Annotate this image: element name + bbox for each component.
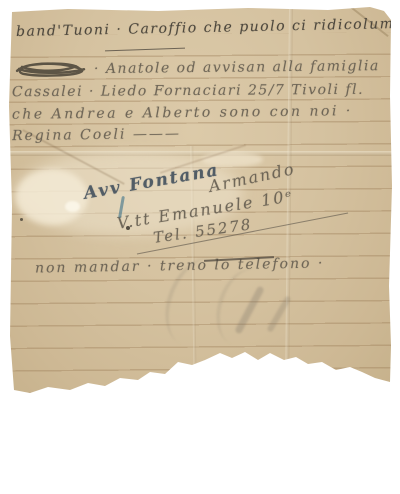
pencil-smudge — [207, 262, 281, 352]
abrasion-patch — [16, 169, 88, 225]
scribbled-out-word — [14, 60, 88, 79]
pencil-smudge — [234, 285, 265, 334]
handwritten-line-1: band'Tuoni · Caroffio che puolo ci ridic… — [16, 16, 395, 40]
handwritten-line-3: Cassalei · Liedo Fornaciari 25/7 Tivoli … — [12, 82, 364, 100]
abrasion-spot — [65, 201, 80, 212]
torn-paper-sheet: band'Tuoni · Caroffio che puolo ci ridic… — [8, 6, 392, 394]
horizontal-crease — [8, 151, 392, 156]
handwritten-line-2: · Anatole od avvisan alla famiglia — [14, 57, 380, 79]
underline-mark — [105, 48, 185, 52]
handwritten-line-2-text: · Anatole od avvisan alla famiglia — [94, 58, 380, 77]
contact-title: Avv Fontana — [82, 160, 221, 204]
handwritten-line-5: Regina Coeli ——— — [12, 126, 181, 144]
closing-line: non mandar · treno lo telefono · — [35, 255, 325, 276]
ink-speck — [20, 218, 23, 221]
handwritten-line-4: che Andrea e Alberto sono con noi · — [12, 103, 353, 123]
scanned-note-page: { "scan": { "background_color": "#ffffff… — [0, 0, 400, 494]
pencil-smudge — [266, 295, 291, 333]
